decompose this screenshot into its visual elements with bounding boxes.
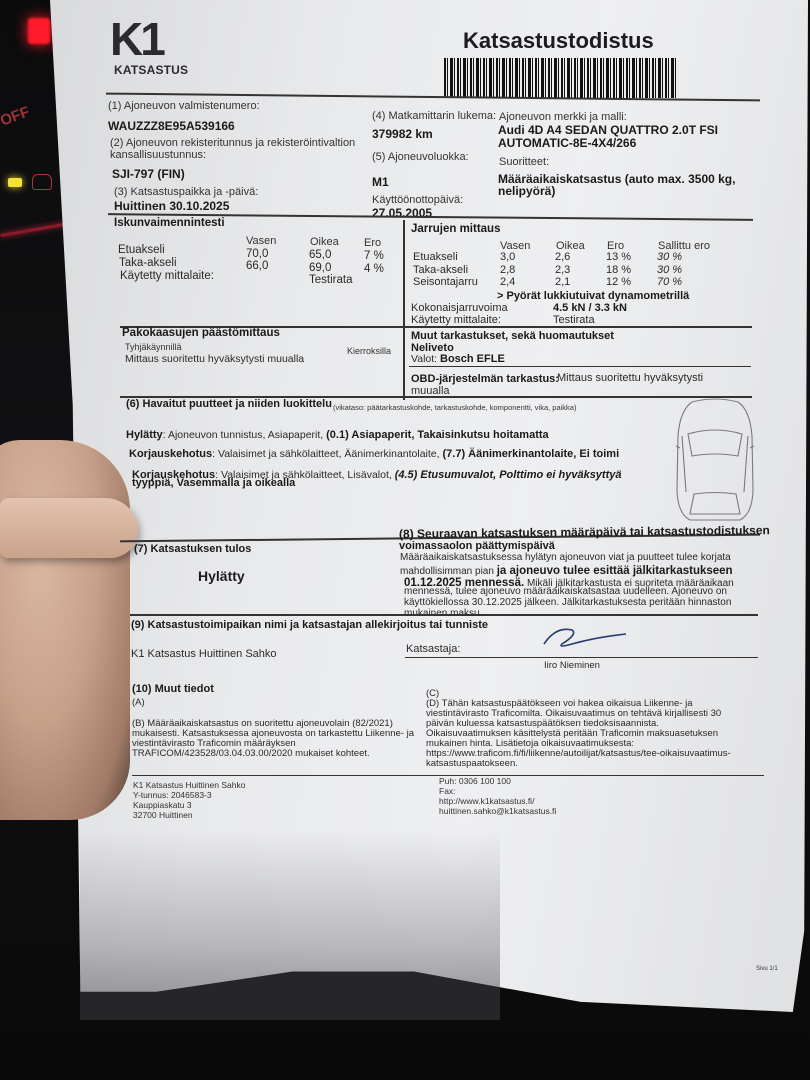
shock-device-label: Käytetty mittalaite: (120, 270, 214, 282)
defect-level: Korjauskehotus (129, 448, 212, 460)
shock-row-left: 70,0 (246, 248, 268, 260)
brake-row-allowed: 70 % (657, 276, 682, 288)
brake-row-right: 2,3 (555, 264, 570, 276)
brake-total-value: 4.5 kN / 3.3 kN (553, 302, 627, 314)
defect-description: (4.5) Etusumuvalot, Polttimo ei hyväksyt… (395, 469, 622, 481)
defect-item: Korjauskehotus: Valaisimet ja sähkölaitt… (129, 444, 619, 462)
emissions-title: Pakokaasujen päästömittaus (122, 327, 280, 339)
shock-row-diff: 4 % (364, 263, 384, 275)
shock-row-diff: 7 % (364, 250, 384, 262)
brake-row-allowed: 30 % (657, 264, 682, 276)
make-value-1: Audi 4D A4 SEDAN QUATTRO 2.0T FSI (498, 123, 718, 137)
brake-row-label: Seisontajarru (413, 276, 478, 288)
place-value: Huittinen 30.10.2025 (114, 199, 229, 213)
footer-email-link[interactable]: huittinen.sahko@k1katsastus.fi (439, 806, 556, 816)
make-label: Ajoneuvon merkki ja malli: (499, 111, 627, 123)
defect-level: Hylätty (126, 429, 163, 441)
odometer-value: 379982 km (372, 127, 433, 141)
defect-description: (7.7) Äänimerkinantolaite, Ei toimi (442, 448, 619, 460)
emissions-rpm-label: Kierroksilla (347, 346, 391, 356)
brake-device-value: Testirata (553, 314, 595, 326)
divider (409, 366, 751, 367)
reg-label: (2) Ajoneuvon rekisteritunnus ja rekiste… (110, 137, 355, 149)
defect-category: : Ajoneuvon tunnistus, Asiapaperit, (163, 429, 326, 441)
station-name: K1 Katsastus Huittinen Sahko (131, 648, 277, 660)
brake-total-label: Kokonaisjarruvoima (411, 302, 508, 314)
hand (0, 440, 130, 820)
misc-title: (10) Muut tiedot (132, 683, 214, 695)
divider (130, 614, 758, 616)
brake-device-label: Käytetty mittalaite: (411, 314, 501, 326)
inspector-label: Katsastaja: (406, 643, 460, 655)
brake-row-diff: 18 % (606, 264, 631, 276)
car-top-view-diagram (670, 396, 760, 524)
signature-line (405, 657, 758, 658)
barcode (444, 58, 677, 98)
brake-row-allowed: 30 % (657, 251, 682, 263)
vin-label: (1) Ajoneuvon valmistenumero: (108, 100, 260, 112)
station-title: (9) Katsastustoimipaikan nimi ja katsast… (131, 619, 488, 631)
next-inspection-text-4: mennessä, tulee ajoneuvo määräaikaiskats… (404, 586, 727, 597)
next-inspection-title-2: voimassaolon päättymispäivä (399, 540, 555, 552)
page-indicator: Sivu 1/1 (756, 966, 778, 972)
brake-note: > Pyörät lukkiutuivat dynamometrillä (497, 290, 689, 302)
misc-d-7: katsastuspaatokseen. (426, 758, 518, 769)
footer-street: Kauppiaskatu 3 (133, 800, 192, 810)
footer-company: K1 Katsastus Huittinen Sahko (133, 780, 245, 790)
inspector-signature (542, 624, 628, 650)
brake-test-title: Jarrujen mittaus (411, 223, 500, 235)
shock-row-label: Taka-akseli (119, 257, 177, 269)
result-value: Hylätty (198, 568, 245, 584)
vin-value: WAUZZZ8E95A539166 (108, 119, 235, 133)
defrost-icon (32, 174, 52, 190)
inspector-name: Iiro Nieminen (544, 660, 600, 671)
obd-label: OBD-järjestelmän tarkastus: (411, 373, 559, 385)
column-divider (403, 220, 405, 400)
make-value-2: AUTOMATIC-8E-4X4/266 (498, 136, 636, 150)
shock-device-value: Testirata (309, 274, 352, 286)
misc-a: (A) (132, 697, 145, 708)
defect-description-continued: tyyppiä, Vasemmalla ja oikealla (132, 477, 295, 489)
footer-phone: Puh: 0306 100 100 (439, 776, 511, 786)
document-title: Katsastustodistus (463, 28, 654, 54)
intro-date-label: Käyttöönottopäivä: (372, 194, 463, 206)
class-value: M1 (372, 175, 389, 189)
brake-row-left: 3,0 (500, 251, 515, 263)
emissions-idle-label: Tyhjäkäynnillä (125, 342, 182, 352)
performance-value-2: nelipyörä) (498, 184, 555, 198)
other-checks-title: Muut tarkastukset, sekä huomautukset (411, 330, 614, 342)
class-label: (5) Ajoneuvoluokka: (372, 151, 469, 163)
defect-item: Hylätty: Ajoneuvon tunnistus, Asiapaperi… (126, 425, 549, 443)
brake-row-label: Etuakseli (413, 251, 458, 263)
footer-business-id: Y-tunnus: 2046583-3 (133, 790, 212, 800)
k1-logo-text: KATSASTUS (114, 63, 188, 77)
reg-label-2: kansallisuustunnus: (110, 149, 206, 161)
brake-row-left: 2,8 (500, 264, 515, 276)
place-label: (3) Katsastuspaikka ja -päivä: (114, 186, 258, 198)
shock-row-right: 65,0 (309, 249, 331, 261)
shock-header-diff: Ero (364, 237, 381, 249)
lights-value: Bosch EFLE (440, 353, 505, 365)
shock-header-right: Oikea (310, 236, 339, 248)
dashboard-indicator-light (8, 178, 22, 187)
brake-row-right: 2,6 (555, 251, 570, 263)
footer-fax: Fax: (439, 786, 456, 796)
defect-description: (0.1) Asiapaperit, Takaisinkutsu hoitama… (326, 429, 549, 441)
dashboard-off-label: OFF (0, 103, 32, 129)
brake-row-right: 2,1 (555, 276, 570, 288)
dashboard-red-light (28, 18, 50, 44)
result-title: (7) Katsastuksen tulos (134, 543, 251, 555)
misc-b-4: TRAFICOM/423528/03.04.03.00/2020 mukaise… (132, 748, 370, 759)
footer-website-link[interactable]: http://www.k1katsastus.fi/ (439, 796, 534, 806)
brake-row-diff: 12 % (606, 276, 631, 288)
reg-value: SJI-797 (FIN) (112, 167, 185, 181)
intro-date-value: 27.05.2005 (372, 206, 432, 220)
brake-row-diff: 13 % (606, 251, 631, 263)
shock-row-left: 66,0 (246, 260, 268, 272)
k1-logo: K1 (110, 16, 163, 62)
dashboard-ambient-light (0, 222, 69, 237)
shock-header-left: Vasen (246, 235, 276, 247)
shock-test-title: Iskunvaimennintesti (114, 217, 225, 229)
defects-subtitle: (vikataso: päätarkastuskohde, tarkastusk… (333, 403, 576, 412)
thumb (0, 498, 138, 558)
brake-row-label: Taka-akseli (413, 264, 468, 276)
lights-label: Valot: (411, 353, 437, 365)
defects-title: (6) Havaitut puutteet ja niiden luokitte… (126, 398, 332, 410)
emissions-result: Mittaus suoritettu hyväksytysti muualla (125, 353, 304, 365)
defect-category: : Valaisimet ja sähkölaitteet, Äänimerki… (212, 448, 442, 460)
next-inspection-text-5: käyttökiellossa 30.12.2025 jälkeen. Jälk… (404, 597, 731, 608)
footer-city: 32700 Huittinen (133, 810, 193, 820)
performance-label: Suoritteet: (499, 156, 549, 168)
shock-row-right: 69,0 (309, 262, 331, 274)
obd-value-1: Mittaus suoritettu hyväksytysti (557, 372, 703, 384)
odometer-label: (4) Matkamittarin lukema: (372, 110, 496, 122)
brake-row-left: 2,4 (500, 276, 515, 288)
shock-row-label: Etuakseli (118, 244, 165, 256)
